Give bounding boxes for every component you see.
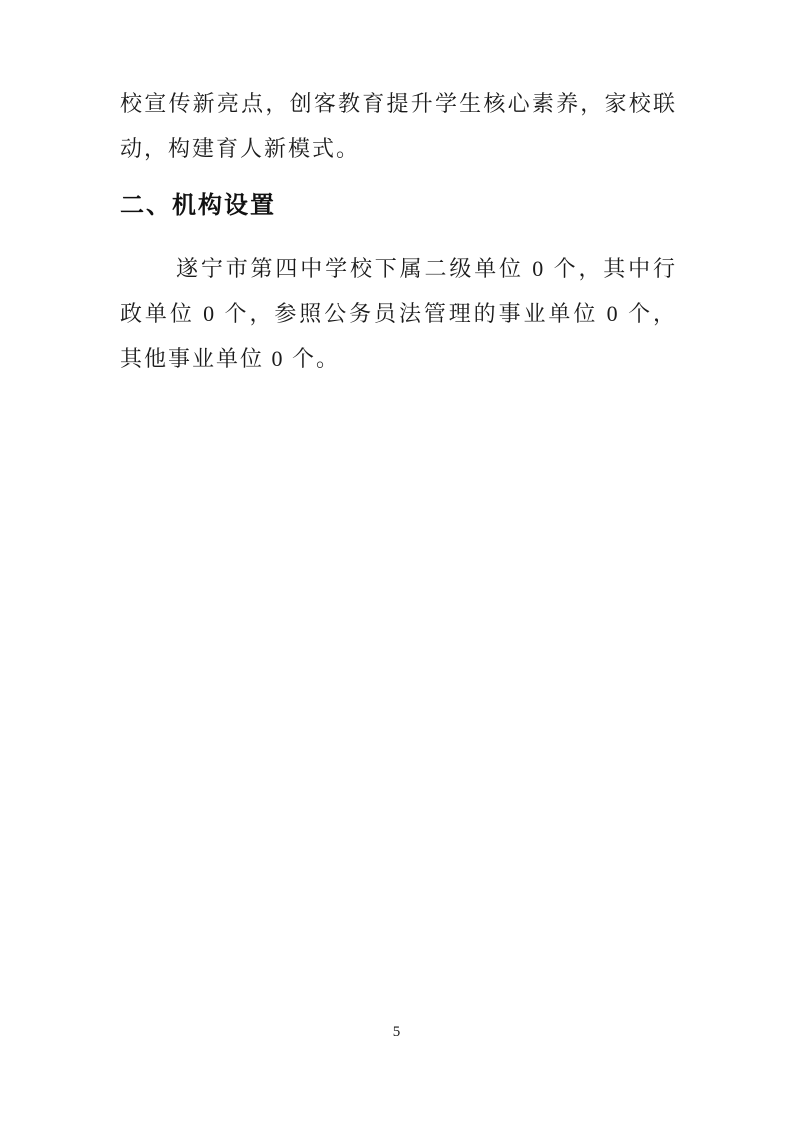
document-page: 校宣传新亮点，创客教育提升学生核心素养，家校联动，构建育人新模式。 二、机构设置…	[0, 0, 793, 1122]
page-content: 校宣传新亮点，创客教育提升学生核心素养，家校联动，构建育人新模式。 二、机构设置…	[120, 81, 677, 381]
section-heading: 二、机构设置	[120, 183, 677, 228]
paragraph-body: 遂宁市第四中学校下属二级单位 0 个，其中行政单位 0 个，参照公务员法管理的事…	[120, 246, 677, 381]
page-number: 5	[0, 1024, 793, 1041]
paragraph-continuation: 校宣传新亮点，创客教育提升学生核心素养，家校联动，构建育人新模式。	[120, 81, 677, 171]
